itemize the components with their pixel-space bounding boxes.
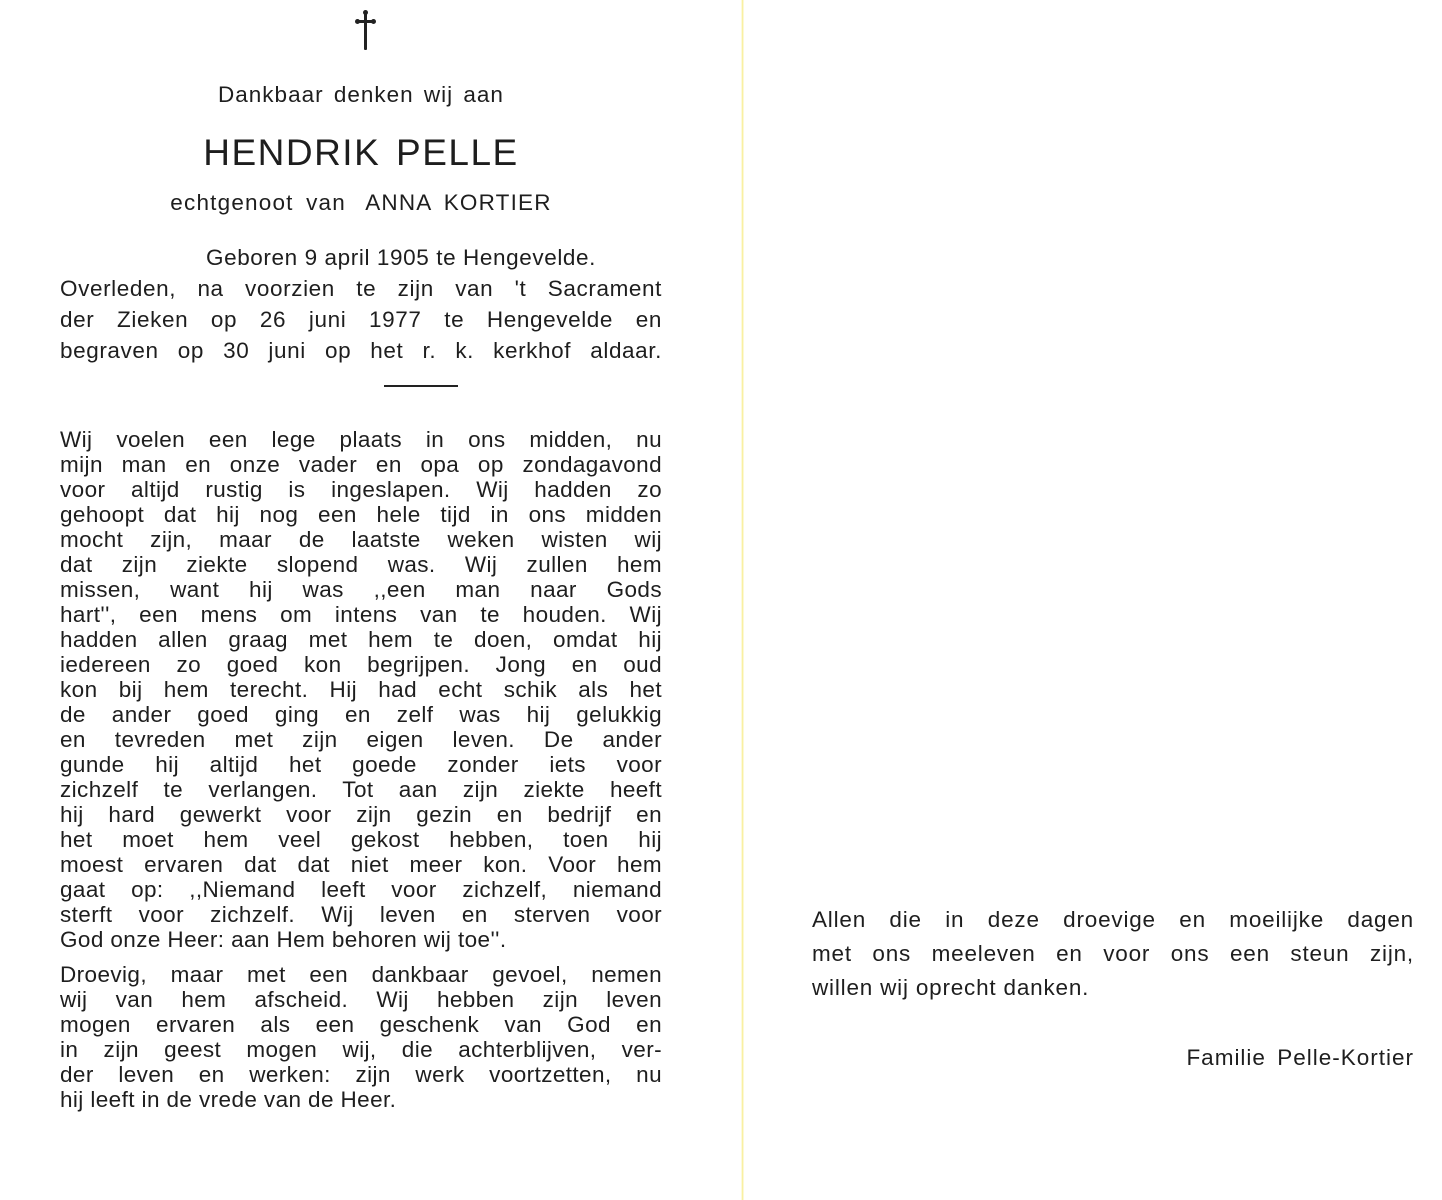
life-facts: Geboren 9 april 1905 te Hengevelde. Over…: [60, 242, 662, 366]
text-line: hadden allen graag met hem te doen, omda…: [60, 627, 662, 652]
paragraph-2: Droevig, maar met een dankbaar gevoel, n…: [60, 962, 662, 1112]
text-line: willen wij oprecht danken.: [812, 971, 1414, 1005]
text-line: wij van hem afscheid. Wij hebben zijn le…: [60, 987, 662, 1012]
thanks-text: Allen die in deze droevige en moeilijke …: [812, 903, 1414, 1005]
text-line: iedereen zo goed kon begrijpen. Jong en …: [60, 652, 662, 677]
spouse-name: ANNA KORTIER: [365, 190, 552, 215]
text-line: sterft voor zichzelf. Wij leven en sterv…: [60, 902, 662, 927]
spouse-prefix: echtgenoot van: [170, 190, 346, 215]
text-line: Droevig, maar met een dankbaar gevoel, n…: [60, 962, 662, 987]
text-line: kon bij hem terecht. Hij had echt schik …: [60, 677, 662, 702]
text-line: zichzelf te verlangen. Tot aan zijn ziek…: [60, 777, 662, 802]
deceased-name: HENDRIK PELLE: [60, 132, 662, 174]
text-line: gunde hij altijd het goede zonder iets v…: [60, 752, 662, 777]
facts-line: Geboren 9 april 1905 te Hengevelde.: [60, 242, 662, 273]
text-line: hij leeft in de vrede van de Heer.: [60, 1087, 662, 1112]
facts-line: Overleden, na voorzien te zijn van 't Sa…: [60, 273, 662, 304]
paragraph-1: Wij voelen een lege plaats in ons midden…: [60, 427, 662, 952]
text-line: moest ervaren dat dat niet meer kon. Voo…: [60, 852, 662, 877]
text-line: met ons meeleven en voor ons een steun z…: [812, 937, 1414, 971]
text-line: in zijn geest mogen wij, die achterblijv…: [60, 1037, 662, 1062]
intro-text: Dankbaar denken wij aan: [60, 82, 662, 108]
text-line: voor altijd rustig is ingeslapen. Wij ha…: [60, 477, 662, 502]
text-line: God onze Heer: aan Hem behoren wij toe''…: [60, 927, 662, 952]
divider: [384, 385, 458, 387]
card-fold-line: [741, 0, 744, 1200]
text-line: het moet hem veel gekost hebben, toen hi…: [60, 827, 662, 852]
text-line: hart'', een mens om intens van te houden…: [60, 602, 662, 627]
text-line: de ander goed ging en zelf was hij geluk…: [60, 702, 662, 727]
text-line: mocht zijn, maar de laatste weken wisten…: [60, 527, 662, 552]
text-line: gaat op: ,,Niemand leeft voor zichzelf, …: [60, 877, 662, 902]
facts-line: der Zieken op 26 juni 1977 te Hengevelde…: [60, 304, 662, 335]
text-line: mijn man en onze vader en opa op zondaga…: [60, 452, 662, 477]
memorial-text: Wij voelen een lege plaats in ons midden…: [60, 427, 662, 1112]
facts-line: begraven op 30 juni op het r. k. kerkhof…: [60, 335, 662, 366]
text-line: hij hard gewerkt voor zijn gezin en bedr…: [60, 802, 662, 827]
text-line: en tevreden met zijn eigen leven. De and…: [60, 727, 662, 752]
signature: Familie Pelle-Kortier: [812, 1045, 1414, 1071]
text-line: gehoopt dat hij nog een hele tijd in ons…: [60, 502, 662, 527]
text-line: Allen die in deze droevige en moeilijke …: [812, 903, 1414, 937]
text-line: Wij voelen een lege plaats in ons midden…: [60, 427, 662, 452]
spouse-line: echtgenoot van ANNA KORTIER: [60, 190, 662, 216]
text-line: mogen ervaren als een geschenk van God e…: [60, 1012, 662, 1037]
cross-icon: [355, 10, 377, 52]
text-line: dat zijn ziekte slopend was. Wij zullen …: [60, 552, 662, 577]
text-line: missen, want hij was ,,een man naar Gods: [60, 577, 662, 602]
text-line: der leven en werken: zijn werk voortzett…: [60, 1062, 662, 1087]
